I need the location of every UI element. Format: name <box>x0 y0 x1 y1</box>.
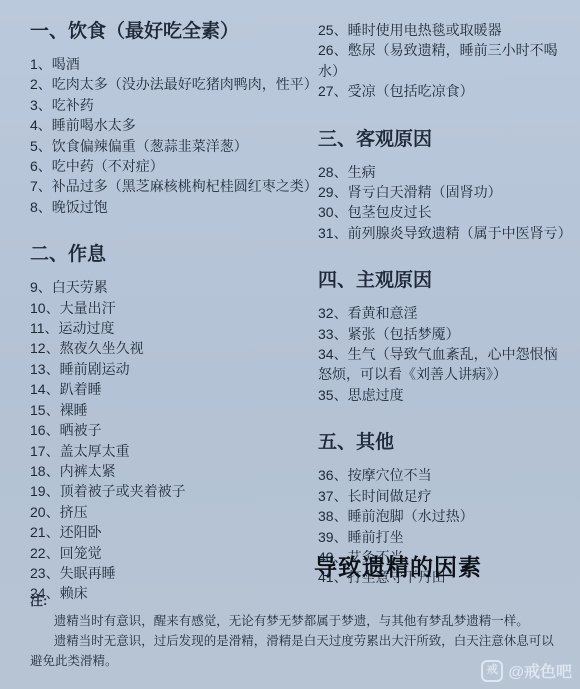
list-item: 33、紧张（包括梦魇） <box>318 324 570 344</box>
list-item: 34、生气（导致气血紊乱，心中怨恨恼怒烦，可以看《刘善人讲病》） <box>318 344 570 385</box>
jieseba-logo-icon: 戒 <box>481 660 503 682</box>
section-title: 三、客观原因 <box>318 128 570 152</box>
list-item: 37、长时间做足疗 <box>318 486 570 506</box>
list-item: 5、饮食偏辣偏重（葱蒜韭菜洋葱） <box>30 136 318 156</box>
list-item: 16、晒被子 <box>30 420 318 440</box>
list-item: 29、肾亏白天滑精（固肾功） <box>318 182 570 202</box>
list-item: 21、还阳卧 <box>30 522 318 542</box>
section-title: 一、饮食（最好吃全素） <box>30 20 318 44</box>
list-item: 14、趴着睡 <box>30 379 318 399</box>
list-item: 35、思虑过度 <box>318 385 570 405</box>
list-item: 11、运动过度 <box>30 318 318 338</box>
content-columns: 一、饮食（最好吃全素）1、喝酒2、吃肉太多（没办法最好吃猪肉鸭肉，性平）3、吃补… <box>0 0 580 604</box>
watermark: 戒 @戒色吧 <box>481 659 572 682</box>
list-item: 3、吃补药 <box>30 95 318 115</box>
list-item: 7、补品过多（黑芝麻核桃枸杞桂圆红枣之类） <box>30 176 318 196</box>
list-item: 30、包茎包皮过长 <box>318 202 570 222</box>
list-item: 32、看黄和意淫 <box>318 303 570 323</box>
column-right: 25、睡时使用电热毯或取暖器26、憋尿（易致遗精，睡前三小时不喝水）27、受凉（… <box>318 12 570 604</box>
section-title: 二、作息 <box>30 243 318 267</box>
big-title: 导致遗精的因素 <box>314 549 482 582</box>
list-item: 9、白天劳累 <box>30 277 318 297</box>
section: 二、作息9、白天劳累10、大量出汗11、运动过度12、熬夜久坐久视13、睡前剧运… <box>30 243 318 604</box>
list-item: 20、挤压 <box>30 502 318 522</box>
list-item: 2、吃肉太多（没办法最好吃猪肉鸭肉，性平） <box>30 74 318 94</box>
section: 三、客观原因28、生病29、肾亏白天滑精（固肾功）30、包茎包皮过长31、前列腺… <box>318 128 570 244</box>
note-label: 注: <box>30 591 566 611</box>
section: 四、主观原因32、看黄和意淫33、紧张（包括梦魇）34、生气（导致气血紊乱，心中… <box>318 269 570 405</box>
poster: 一、饮食（最好吃全素）1、喝酒2、吃肉太多（没办法最好吃猪肉鸭肉，性平）3、吃补… <box>0 0 580 689</box>
column-left: 一、饮食（最好吃全素）1、喝酒2、吃肉太多（没办法最好吃猪肉鸭肉，性平）3、吃补… <box>30 12 318 604</box>
section-title: 五、其他 <box>318 431 570 455</box>
section-continued: 25、睡时使用电热毯或取暖器26、憋尿（易致遗精，睡前三小时不喝水）27、受凉（… <box>318 20 570 102</box>
list-item: 13、睡前剧运动 <box>30 359 318 379</box>
list-item: 23、失眠再睡 <box>30 563 318 583</box>
list-item: 25、睡时使用电热毯或取暖器 <box>318 20 570 40</box>
list-item: 39、睡前打坐 <box>318 527 570 547</box>
watermark-text: @戒色吧 <box>508 659 572 682</box>
list-item: 18、内裤太紧 <box>30 461 318 481</box>
list-item: 28、生病 <box>318 162 570 182</box>
list-item: 4、睡前喝水太多 <box>30 115 318 135</box>
list-item: 36、按摩穴位不当 <box>318 465 570 485</box>
list-item: 8、晚饭过饱 <box>30 197 318 217</box>
list-item: 31、前列腺炎导致遗精（属于中医肾亏） <box>318 223 570 243</box>
list-item: 38、睡前泡脚（水过热） <box>318 506 570 526</box>
list-item: 19、顶着被子或夹着被子 <box>30 481 318 501</box>
watermark-icon-glyph: 戒 <box>487 665 498 676</box>
section: 一、饮食（最好吃全素）1、喝酒2、吃肉太多（没办法最好吃猪肉鸭肉，性平）3、吃补… <box>30 20 318 217</box>
list-item: 10、大量出汗 <box>30 298 318 318</box>
list-item: 1、喝酒 <box>30 54 318 74</box>
section-title: 四、主观原因 <box>318 269 570 293</box>
list-item: 6、吃中药（不对症） <box>30 156 318 176</box>
list-item: 22、回笼觉 <box>30 543 318 563</box>
list-item: 26、憋尿（易致遗精，睡前三小时不喝水） <box>318 40 570 81</box>
list-item: 27、受凉（包括吃凉食） <box>318 81 570 101</box>
list-item: 17、盖太厚太重 <box>30 441 318 461</box>
list-item: 15、裸睡 <box>30 400 318 420</box>
list-item: 12、熬夜久坐久视 <box>30 338 318 358</box>
note-paragraph: 遗精当时有意识，醒来有感觉，无论有梦无梦都属于梦遗，与其他有梦乱梦遗精一样。 <box>30 611 566 631</box>
